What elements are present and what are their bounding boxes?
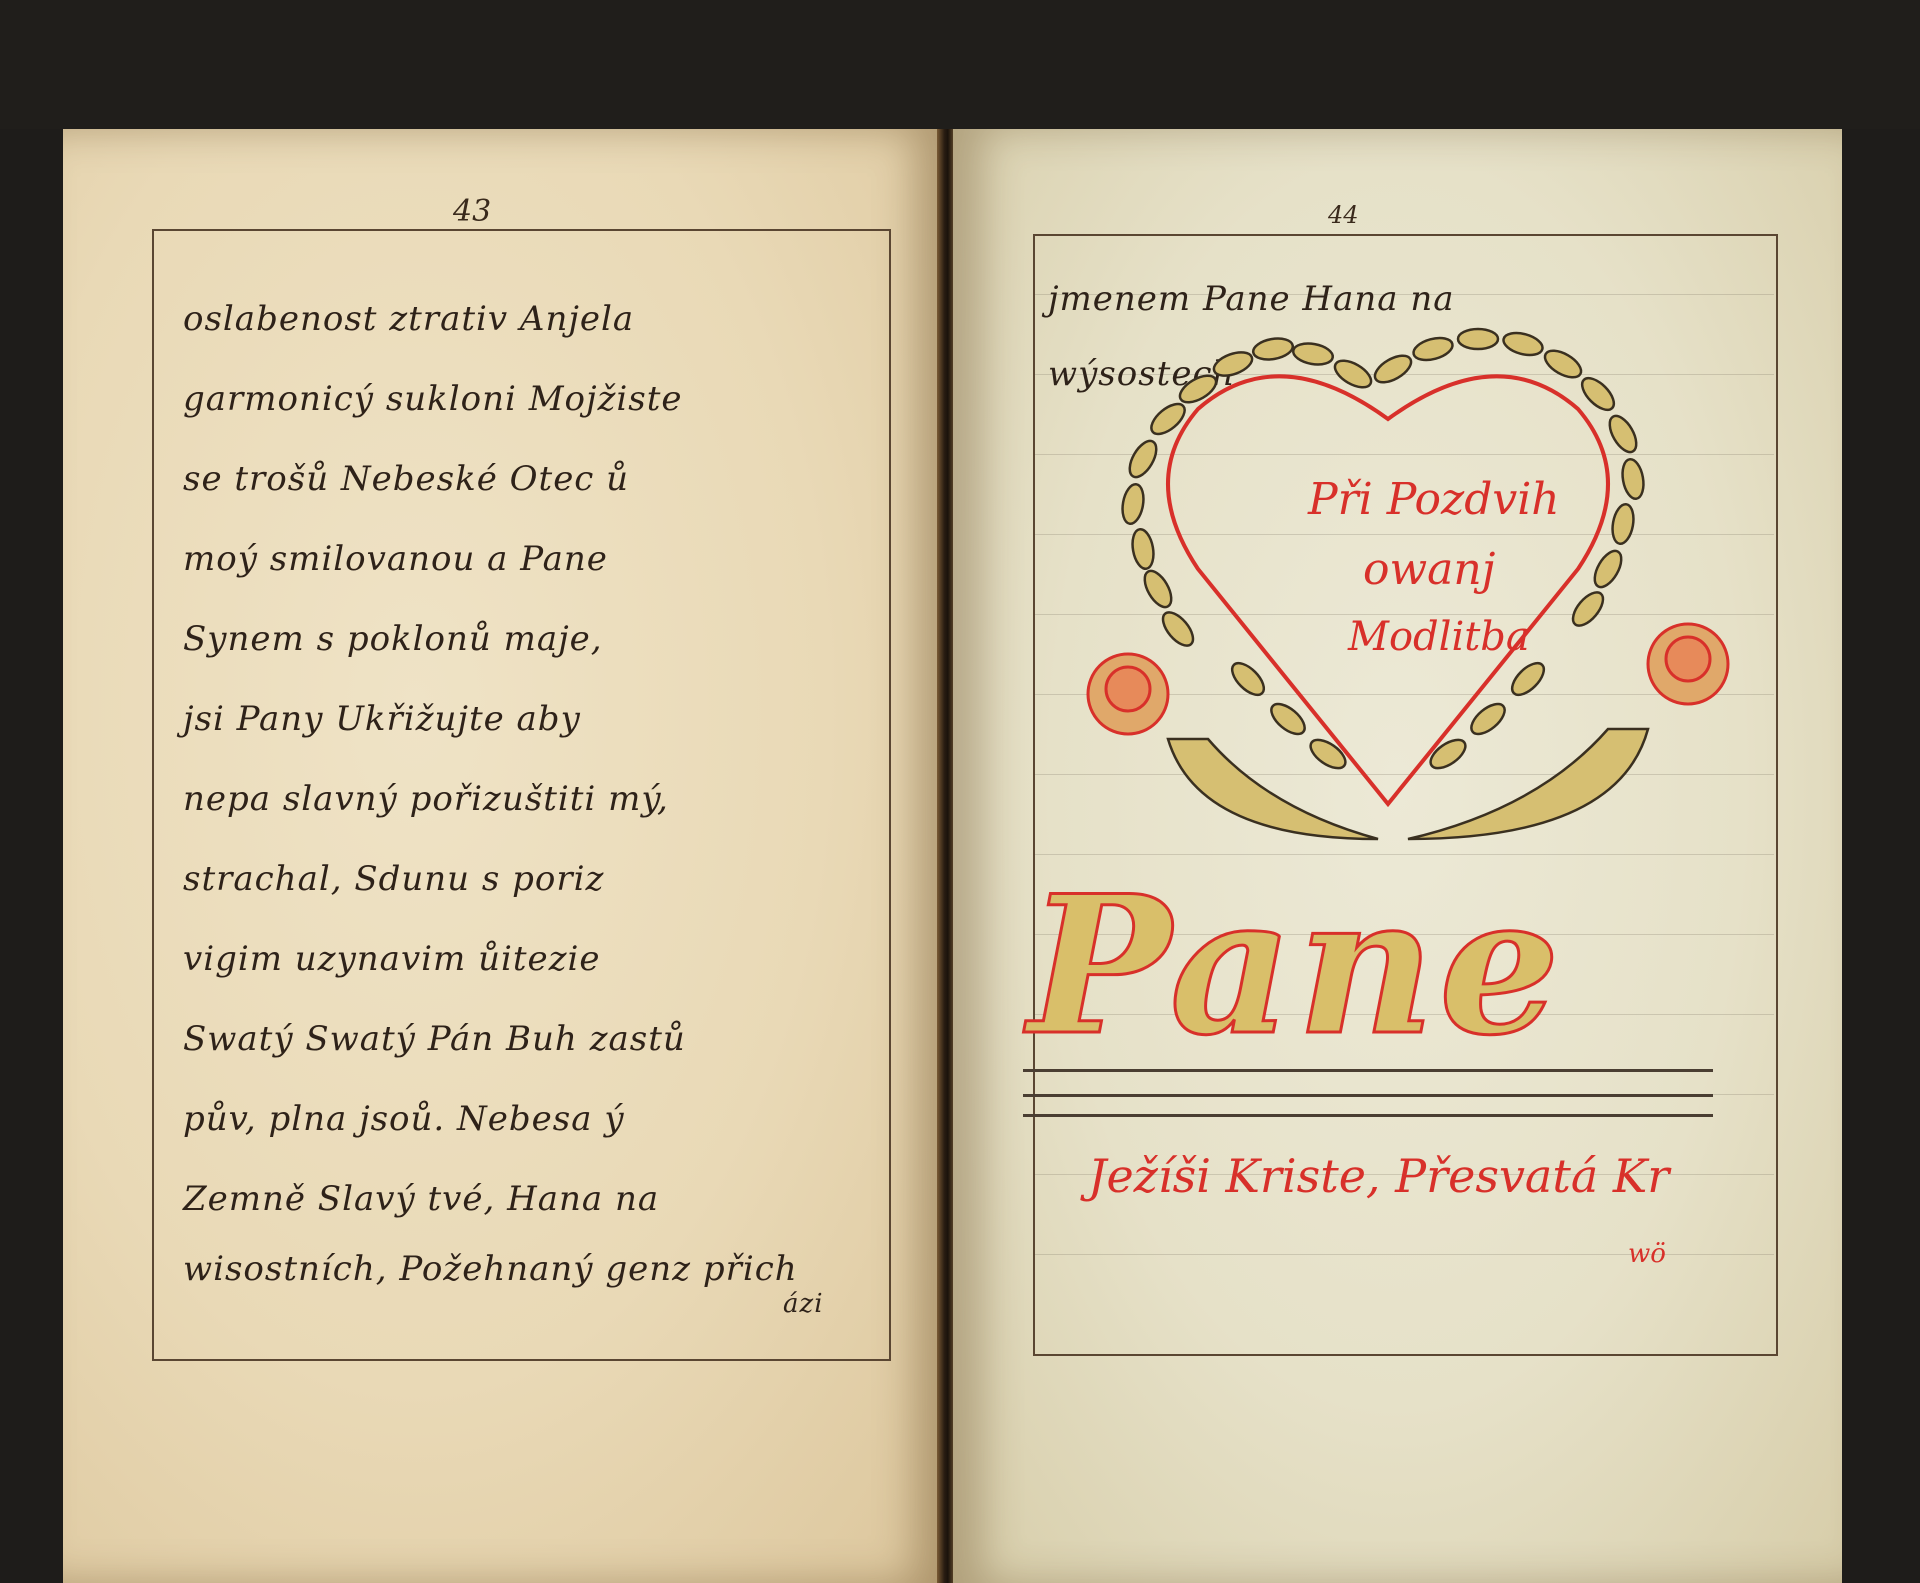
manuscript-line: wisostních, Požehnaný genz přich bbox=[183, 1249, 798, 1289]
manuscript-line: ázi bbox=[783, 1289, 824, 1319]
manuscript-line: vigim uzynavim ůitezie bbox=[183, 939, 601, 979]
manuscript-line: Synem s poklonů maje, bbox=[183, 619, 603, 659]
scan-background bbox=[0, 0, 1920, 129]
red-subtitle: Ježíši Kriste, Přesvatá Kr bbox=[1088, 1149, 1669, 1203]
manuscript-line: garmonicý sukloni Mojžiste bbox=[183, 379, 683, 419]
heart-heading-line: Modlitba bbox=[1348, 614, 1530, 660]
page-number: 43 bbox=[453, 194, 491, 229]
rose-left-icon bbox=[1088, 654, 1168, 734]
manuscript-line: nepa slavný pořizuštiti mý, bbox=[183, 779, 669, 819]
red-subtitle-continuation: wö bbox=[1628, 1239, 1666, 1269]
ornamental-band bbox=[1023, 1114, 1713, 1117]
heart-heading-line: Při Pozdvih bbox=[1308, 474, 1560, 525]
manuscript-line: pův, plna jsoů. Nebesa ý bbox=[183, 1099, 625, 1139]
heart-heading-line: owanj bbox=[1363, 544, 1495, 595]
manuscript-line: moý smilovanou a Pane bbox=[183, 539, 608, 579]
manuscript-line: strachal, Sdunu s poriz bbox=[183, 859, 604, 899]
manuscript-line: se trošů Nebeské Otec ů bbox=[183, 459, 629, 499]
manuscript-line: jsi Pany Ukřižujte aby bbox=[183, 699, 581, 739]
rose-right-icon bbox=[1648, 624, 1728, 704]
ornamental-band bbox=[1023, 1094, 1713, 1097]
page-number: 44 bbox=[1328, 201, 1359, 229]
left-page: 43 oslabenost ztrativ Anjela garmonicý s… bbox=[63, 129, 945, 1583]
manuscript-line: oslabenost ztrativ Anjela bbox=[183, 299, 634, 339]
manuscript-line: Zemně Slavý tvé, Hana na bbox=[183, 1179, 659, 1219]
manuscript-line: Swatý Swatý Pán Buh zastů bbox=[183, 1019, 686, 1059]
right-page: 44 jmenem Pane Hana na wýsostech bbox=[953, 129, 1842, 1583]
ornamental-title: Pane bbox=[1028, 854, 1564, 1077]
